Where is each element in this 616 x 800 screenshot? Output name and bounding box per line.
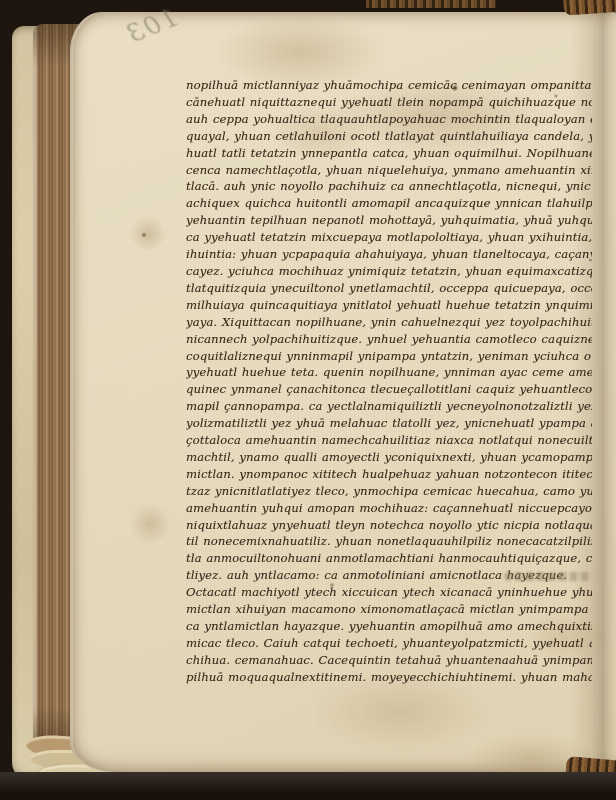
manuscript-line: milhuiaya quincaquitiaya ynitlatol yehua… (186, 297, 592, 314)
manuscript-line: yyehuatl huehue teta. quenin nopilhuane,… (186, 364, 592, 381)
manuscript-line: mictlan xihuiyan macamono ximonomatlaçac… (186, 601, 592, 618)
manuscript-line: achiquex quichca huitontli amomapil anca… (186, 195, 592, 212)
manuscript-line: quayal, yhuan cetlahuiloni ocotl tlatlay… (186, 128, 592, 145)
spine-edge-texture (366, 0, 496, 8)
manuscript-line: cānehuatl niquittaznequi yyehuatl tlein … (186, 94, 592, 111)
manuscript-line: ihuintia: yhuan ycpapaquia ahahuiyaya, y… (186, 246, 592, 263)
manuscript-line: quinec ynmanel çanachitonca tlecueçallot… (186, 381, 592, 398)
manuscript-line: cenca namechtlaçotla, yhuan niquelehuiya… (186, 162, 592, 179)
manuscript-line: çottaloca amehuantin namechcahuilitiaz n… (186, 432, 592, 449)
manuscript-line: Octacatl machiyotl ytech xiccuican ytech… (186, 584, 592, 601)
manuscript-line: coquitlaliznequi ynninmapil ynipampa ynt… (186, 348, 592, 365)
manuscript-line: tzaz ynicnitlatlatiyez tleco, ynmochipa … (186, 483, 592, 500)
manuscript-line: huatl tatli tetatzin ynnepantla catca, y… (186, 145, 592, 162)
manuscript-line: machtil, ynamo qualli amoyectli yconiqui… (186, 449, 592, 466)
manuscript-photo: 103 nopilhuā mictlanniyaz yhuāmochipa ce… (0, 0, 616, 800)
manuscript-line: tlacā. auh ynic noyollo pachihuiz ca ann… (186, 178, 592, 195)
manuscript-line: ca yntlamictlan hayazque. yyehuantin amo… (186, 618, 592, 635)
page-bottom-shadow (0, 772, 616, 800)
manuscript-line: nicannech yolpachihuitizque. ynhuel yehu… (186, 331, 592, 348)
manuscript-line: yaya. Xiquittacan nopilhuane, ynin cahue… (186, 314, 592, 331)
manuscript-line: pilhuā moquaqualnextitinemi. moyeyecchic… (186, 669, 592, 686)
manuscript-line: nopilhuā mictlanniyaz yhuāmochipa cemicā… (186, 77, 592, 94)
manuscript-line: auh ceppa yohualtica tlaquauhtlapoyahuac… (186, 111, 592, 128)
ink-bleedthrough-smudge (504, 572, 592, 581)
manuscript-line: chihua. cemanahuac. Cacequintin tetahuā … (186, 652, 592, 669)
manuscript-line: cayez. yciuhca mochihuaz ynimiquiz tetat… (186, 263, 592, 280)
manuscript-line: niquixtlahuaz ynyehuatl tleyn notechca n… (186, 517, 592, 534)
manuscript-line: yolizmatiliztli yez yhuā melahuac tlatol… (186, 415, 592, 432)
manuscript-text-block: nopilhuā mictlanniyaz yhuāmochipa cemicā… (186, 77, 592, 686)
manuscript-line: mapil çannopampa. ca yectlalnamiquiliztl… (186, 398, 592, 415)
manuscript-line: micac tleco. Caiuh catqui techoeti, yhua… (186, 635, 592, 652)
manuscript-line: amehuantin yuhqui amopan mochihuaz: caça… (186, 500, 592, 517)
manuscript-line: tlatquitizquia ynecuiltonol ynetlamachti… (186, 280, 592, 297)
manuscript-line: ca yyehuatl tetatzin mixcuepaya motlapol… (186, 229, 592, 246)
manuscript-line: mictlan. ynompanoc xititech hualpehuaz y… (186, 466, 592, 483)
manuscript-line: tla anmocuiltonohuani anmotlamachtiani h… (186, 550, 592, 567)
manuscript-line: yehuantin tepilhuan nepanotl mohottayā, … (186, 212, 592, 229)
manuscript-line: til nonecemixnahuatiliz. yhuan nonetlaqu… (186, 533, 592, 550)
